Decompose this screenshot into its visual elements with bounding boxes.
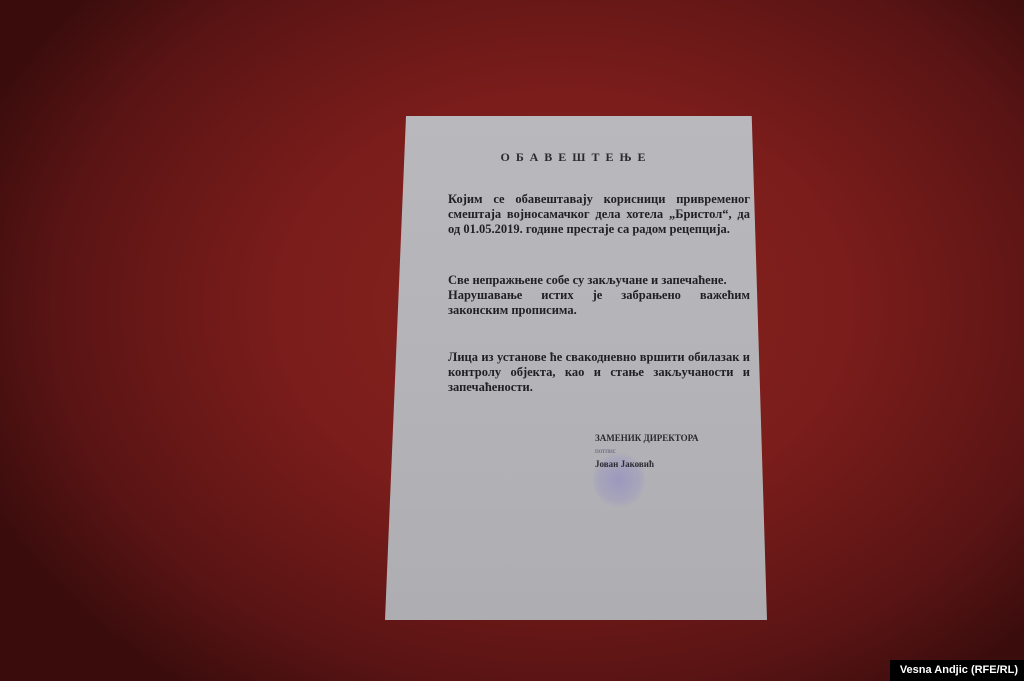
signature-small-line: потпис: [595, 445, 698, 458]
notice-paragraph-3: Лица из установе ће свакодневно вршити о…: [448, 350, 750, 395]
signature-block: ЗАМЕНИК ДИРЕКТОРА потпис Јован Јаковић: [595, 432, 698, 471]
signature-role: ЗАМЕНИК ДИРЕКТОРА: [595, 432, 698, 445]
photo-credit: Vesna Andjic (RFE/RL): [890, 660, 1024, 681]
notice-document: ОБАВЕШТЕЊЕ Којим се обавештавају корисни…: [385, 116, 767, 620]
photo: ОБАВЕШТЕЊЕ Којим се обавештавају корисни…: [0, 0, 1024, 681]
notice-paper: ОБАВЕШТЕЊЕ Којим се обавештавају корисни…: [385, 116, 767, 620]
notice-paragraph-1: Којим се обавештавају корисници привреме…: [448, 192, 750, 237]
signature-name: Јован Јаковић: [595, 458, 698, 471]
notice-paragraph-2: Све непражњене собе су закључане и запеч…: [448, 273, 750, 318]
notice-title: ОБАВЕШТЕЊЕ: [385, 150, 767, 165]
